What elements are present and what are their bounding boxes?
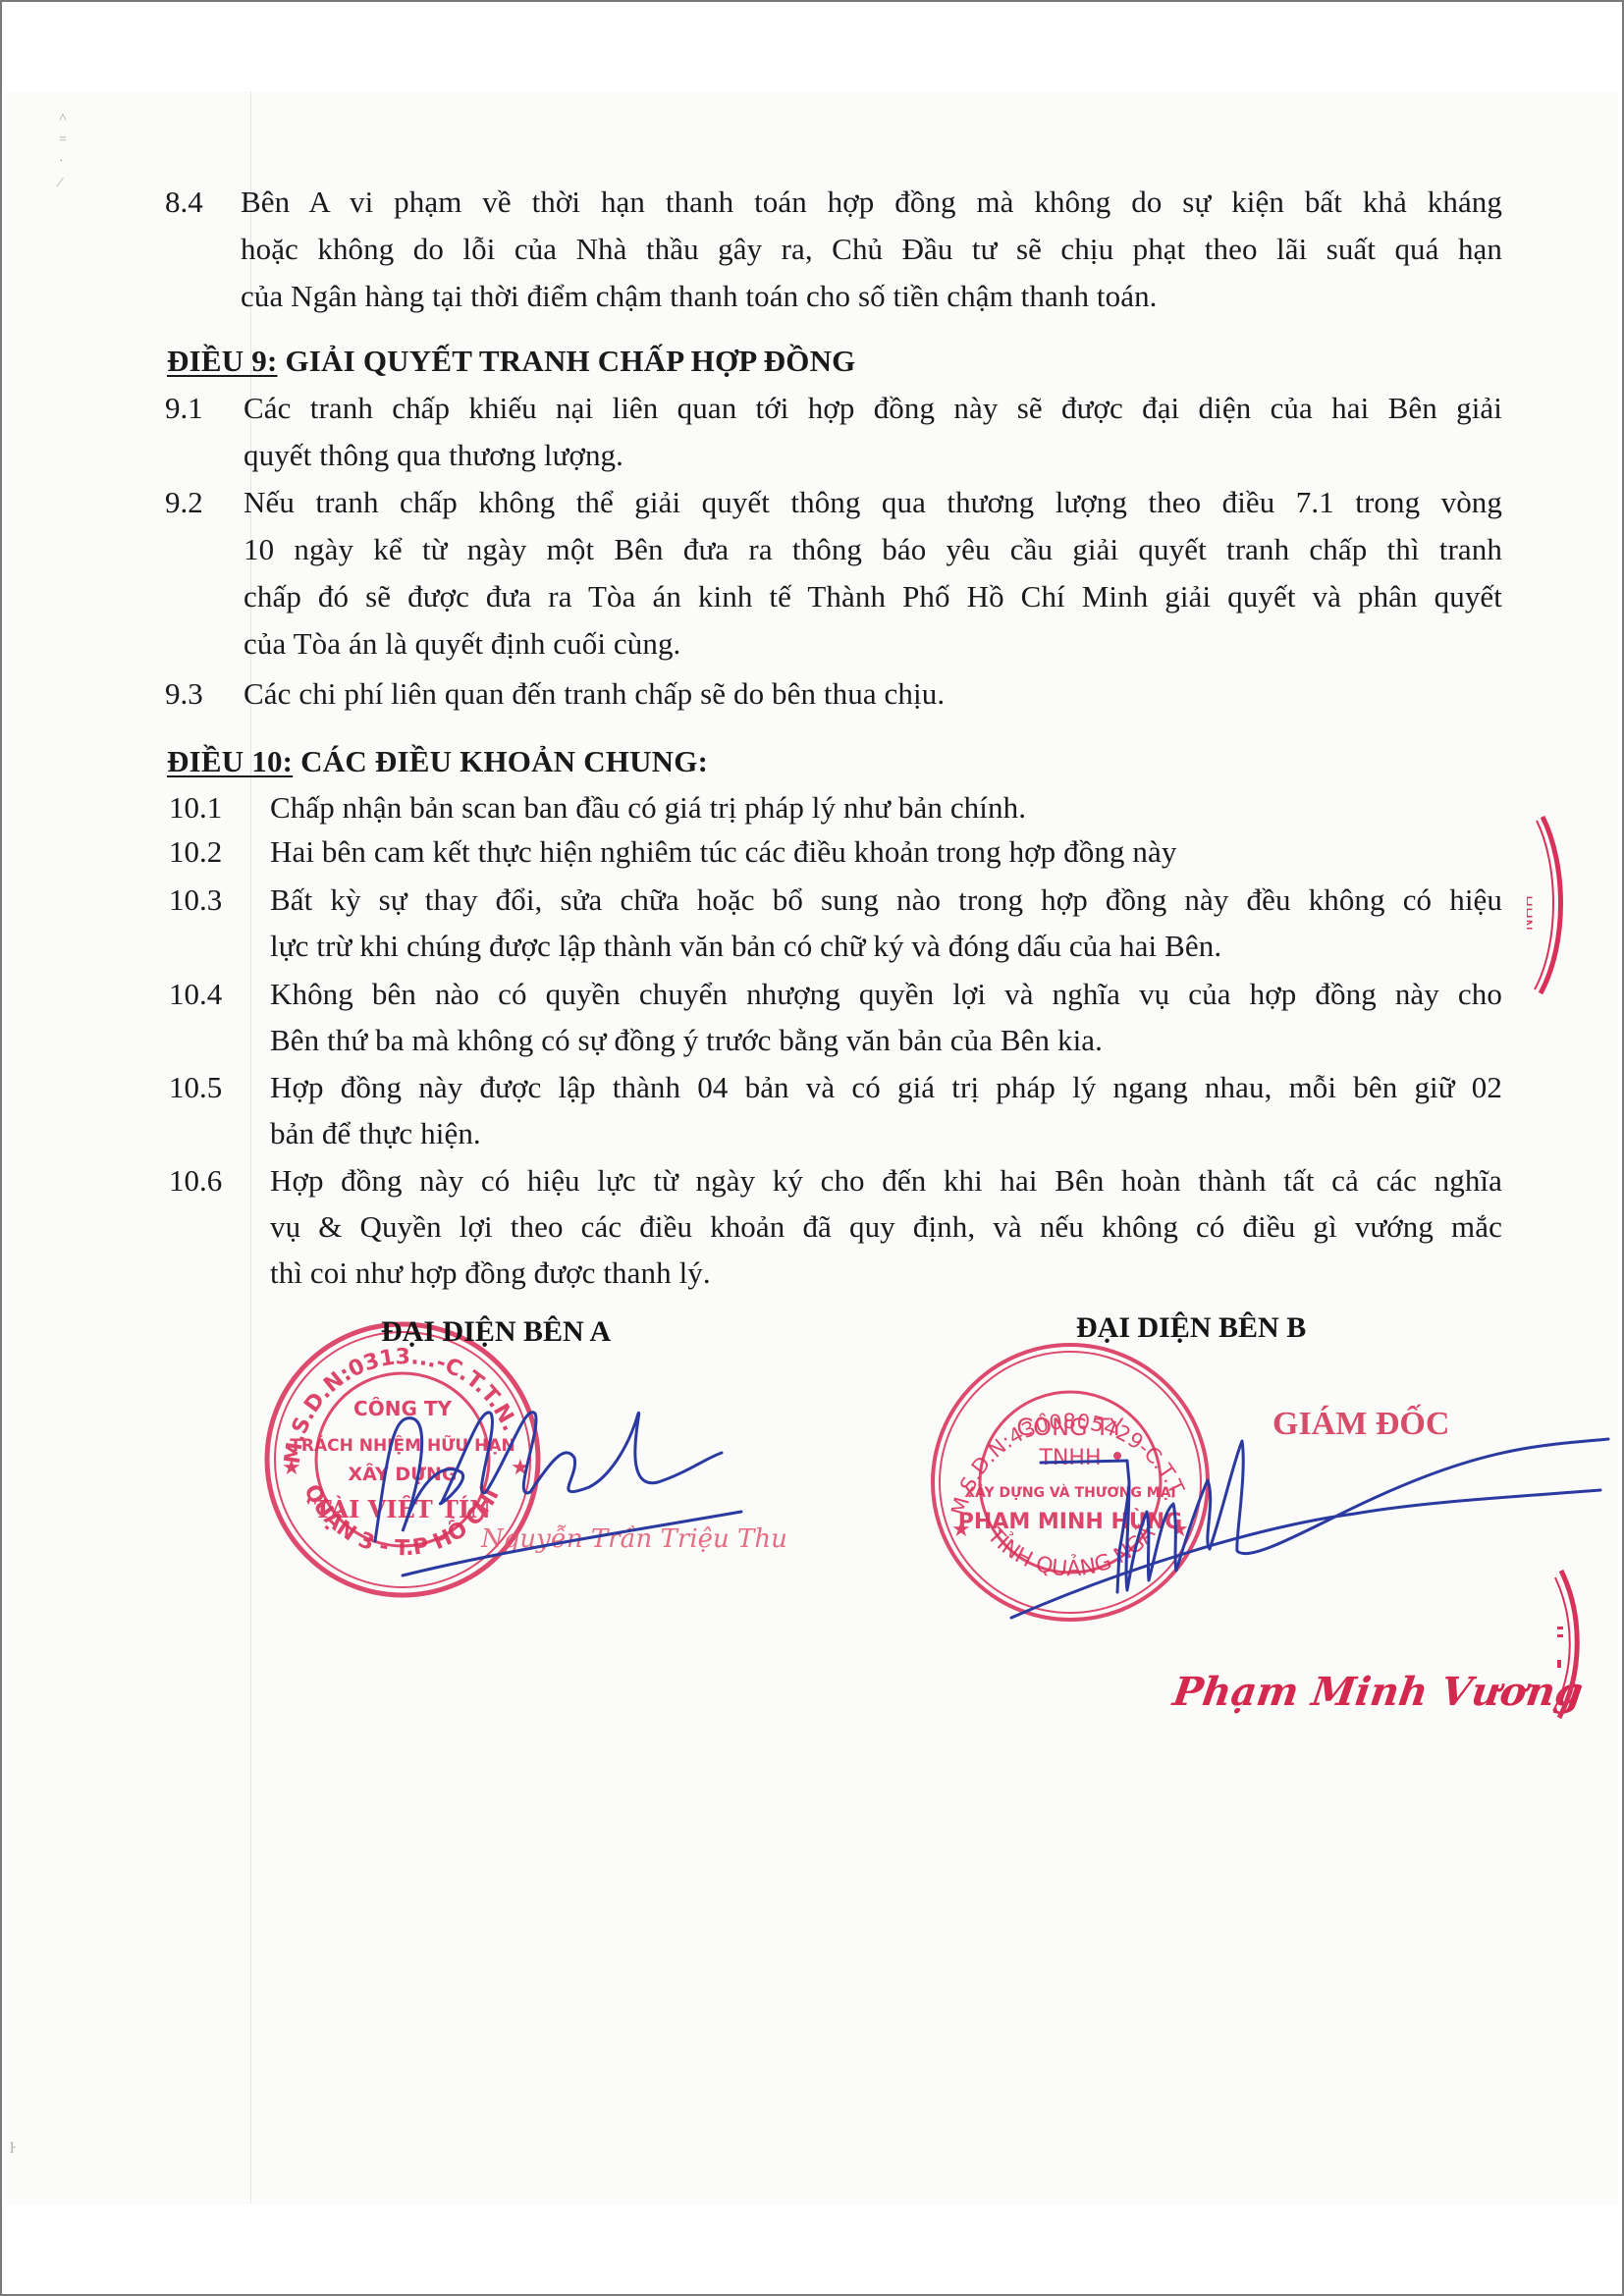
company-stamp-party-b: M.S.D.N:4300805429-C.T.T.N.H.H TỈNH QUẢN…	[928, 1340, 1213, 1625]
clause-text-line: của Ngân hàng tại thời điểm chậm thanh t…	[241, 277, 1158, 316]
party-b-signer-name: Phạm Minh Vương	[1170, 1669, 1586, 1715]
svg-text:TÀI VIỆT TÍN: TÀI VIỆT TÍN	[314, 1495, 491, 1523]
svg-text:★: ★	[1169, 1518, 1189, 1542]
svg-text:★: ★	[951, 1518, 971, 1542]
scan-specks: ˄=·⁄	[59, 108, 67, 194]
clause-text-line: Các chi phí liên quan đến tranh chấp sẽ …	[244, 674, 945, 714]
article-10-heading: ĐIỀU 10: CÁC ĐIỀU KHOẢN CHUNG:	[167, 742, 708, 781]
svg-text:PHẠM MINH HÙNG: PHẠM MINH HÙNG	[958, 1509, 1182, 1534]
position-title: GIÁM ĐỐC	[1272, 1406, 1449, 1443]
party-b-title: ĐẠI DIỆN BÊN B	[1076, 1311, 1306, 1345]
svg-text:XÂY DỰNG VÀ THƯƠNG MẠI: XÂY DỰNG VÀ THƯƠNG MẠI	[964, 1484, 1176, 1501]
clause-text-line: quyết thông qua thương lượng.	[244, 436, 623, 475]
clause-number: 9.1	[165, 389, 203, 428]
clause-number: 10.1	[169, 788, 222, 828]
svg-text:CÔNG TY: CÔNG TY	[1016, 1412, 1123, 1441]
clause-text-line: của Tòa án là quyết định cuối cùng.	[244, 624, 680, 664]
clause-number: 10.5	[169, 1068, 222, 1107]
clause-number: 10.6	[169, 1161, 222, 1201]
clause-text-line: Hợp đồng này có hiệu lực từ ngày ký cho …	[270, 1161, 1502, 1201]
clause-number: 10.2	[169, 832, 222, 872]
svg-text:XÂY DỰNG: XÂY DỰNG	[348, 1463, 457, 1485]
article-10-title: CÁC ĐIỀU KHOẢN CHUNG:	[293, 744, 708, 778]
svg-text:★: ★	[511, 1456, 530, 1480]
clause-text-line: lực trừ khi chúng được lập thành văn bản…	[270, 927, 1221, 966]
clause-text-line: Chấp nhận bản scan ban đầu có giá trị ph…	[270, 788, 1026, 828]
clause-number: 9.2	[165, 483, 203, 522]
company-stamp-party-a: M.S.D.N:0313...-C.T.T.N.H.H QUẬN 3 - T.P…	[260, 1317, 545, 1602]
clause-text-line: bản để thực hiện.	[270, 1114, 481, 1153]
clause-text-line: Hợp đồng này được lập thành 04 bản và có…	[270, 1068, 1502, 1107]
clause-text-line: Hai bên cam kết thực hiện nghiêm túc các…	[270, 832, 1176, 872]
clause-number: 9.3	[165, 674, 203, 714]
clause-text-line: Bên A vi phạm về thời hạn thanh toán hợp…	[241, 183, 1502, 222]
clause-text-line: vụ & Quyền lợi theo các điều khoản đã qu…	[270, 1207, 1502, 1247]
clause-text-line: Bên thứ ba mà không có sự đồng ý trước b…	[270, 1021, 1103, 1060]
clause-text-line: Không bên nào có quyền chuyển nhượng quy…	[270, 975, 1502, 1014]
article-9-label: ĐIỀU 9:	[167, 344, 278, 378]
party-a-title: ĐẠI DIỆN BÊN A	[381, 1315, 611, 1349]
svg-text:★: ★	[282, 1456, 301, 1480]
clause-text-line: Các tranh chấp khiếu nại liên quan tới h…	[244, 389, 1502, 428]
party-a-signer-name: Nguyễn Trần Triệu Thu	[481, 1524, 787, 1554]
clause-text-line: thì coi như hợp đồng được thanh lý.	[270, 1254, 711, 1293]
svg-text:TNHH: TNHH	[1039, 1446, 1102, 1470]
clause-text-line: hoặc không do lỗi của Nhà thầu gây ra, C…	[241, 230, 1502, 269]
svg-text:TRÁCH NHIỆM HỮU HẠN: TRÁCH NHIỆM HỮU HẠN	[290, 1433, 514, 1456]
article-9-title: GIẢI QUYẾT TRANH CHẤP HỢP ĐỒNG	[278, 344, 856, 378]
svg-text:CÔNG TY: CÔNG TY	[353, 1397, 452, 1420]
clause-text-line: 10 ngày kể từ ngày một Bên đưa ra thông …	[244, 530, 1502, 569]
clause-number: 8.4	[165, 183, 203, 222]
article-10-label: ĐIỀU 10:	[167, 744, 293, 778]
clause-text-line: chấp đó sẽ được đưa ra Tòa án kinh tế Th…	[244, 577, 1502, 616]
scan-speck: ŀ	[10, 2140, 16, 2158]
clause-number: 10.4	[169, 975, 222, 1014]
clause-text-line: Bất kỳ sự thay đổi, sửa chữa hoặc bổ sun…	[270, 881, 1502, 920]
article-9-heading: ĐIỀU 9: GIẢI QUYẾT TRANH CHẤP HỢP ĐỒNG	[167, 342, 855, 381]
clause-number: 10.3	[169, 881, 222, 920]
clause-text-line: Nếu tranh chấp không thể giải quyết thôn…	[244, 483, 1502, 522]
